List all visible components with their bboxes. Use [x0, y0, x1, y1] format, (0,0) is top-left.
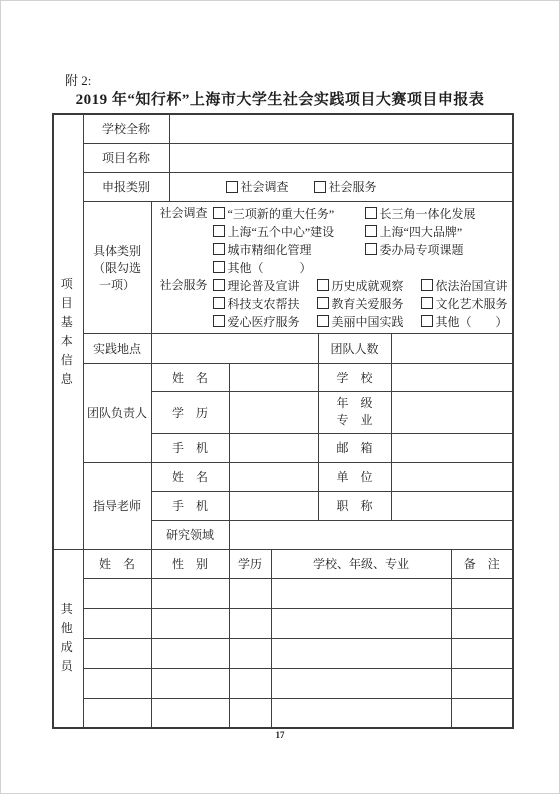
survey-option: 上海“四大品牌”: [365, 223, 463, 240]
service-option: 爱心医疗服务: [213, 313, 317, 330]
member-cell: [451, 578, 513, 608]
practice-location-cell: [151, 333, 318, 363]
member-cell: [151, 698, 229, 728]
checkbox-label: 理论普及宣讲: [228, 277, 300, 294]
checkbox-icon[interactable]: [317, 315, 329, 327]
leader-email-label: 邮 箱: [318, 433, 391, 462]
section-other-members-label: 其他 成员: [53, 549, 83, 728]
survey-option: “三项新的重大任务”: [213, 205, 365, 222]
member-cell: [451, 668, 513, 698]
service-option: 其他（ ）: [421, 313, 508, 330]
survey-option: 委办局专项课题: [365, 241, 464, 258]
member-cell: [151, 578, 229, 608]
page-title: 2019 年“知行杯”上海市大学生社会实践项目大赛项目申报表: [0, 88, 560, 109]
checkbox-label: 其他（ ）: [228, 259, 312, 276]
checkbox-icon[interactable]: [213, 297, 225, 309]
leader-name-label: 姓 名: [151, 363, 229, 391]
survey-options-group: 社会调查 “三项新的重大任务” 长三角一体化发展 上海“五个中心”建设 上海“四…: [152, 204, 513, 276]
service-options-group: 社会服务 理论普及宣讲 历史成就观察 依法治国宣讲 科技支农帮扶 教育关爱服务 …: [152, 276, 513, 330]
checkbox-label: 依法治国宣讲: [436, 277, 508, 294]
advisor-title-label: 职 称: [318, 491, 391, 520]
apply-option-survey: 社会调查: [226, 178, 289, 195]
advisor-unit-label: 单 位: [318, 462, 391, 491]
checkbox-icon[interactable]: [213, 261, 225, 273]
service-option: 美丽中国实践: [317, 313, 421, 330]
member-cell: [151, 608, 229, 638]
survey-group-label: 社会调查: [152, 204, 213, 222]
member-cell: [229, 578, 271, 608]
member-cell: [229, 668, 271, 698]
leader-grade-major-label: 年 级 专 业: [318, 391, 391, 433]
table-row: 具体类别 （限勾选 一项） 社会调查 “三项新的重大任务” 长三角一体化发展 上…: [53, 201, 513, 333]
member-cell: [271, 608, 451, 638]
leader-degree-label: 学 历: [151, 391, 229, 433]
member-cell: [83, 668, 151, 698]
member-row: [53, 638, 513, 668]
checkbox-icon[interactable]: [365, 207, 377, 219]
leader-school-cell: [391, 363, 513, 391]
member-cell: [451, 698, 513, 728]
service-option: 历史成就观察: [317, 277, 421, 294]
specific-category-cell: 社会调查 “三项新的重大任务” 长三角一体化发展 上海“五个中心”建设 上海“四…: [151, 201, 513, 333]
table-row: 项目 基本 信息 学校全称: [53, 114, 513, 143]
research-field-label: 研究领域: [151, 520, 229, 549]
checkbox-label: 上海“四大品牌”: [380, 223, 463, 240]
service-option: 教育关爱服务: [317, 295, 421, 312]
apply-type-cell: 社会调查 社会服务: [169, 172, 513, 201]
advisor-name-cell: [229, 462, 318, 491]
apply-type-label: 申报类别: [83, 172, 169, 201]
member-cell: [83, 578, 151, 608]
member-cell: [271, 578, 451, 608]
leader-grade-major-cell: [391, 391, 513, 433]
checkbox-label: 社会调查: [241, 178, 289, 195]
member-header-name: 姓 名: [83, 549, 151, 578]
checkbox-icon[interactable]: [213, 279, 225, 291]
checkbox-label: 社会服务: [329, 178, 377, 195]
leader-phone-cell: [229, 433, 318, 462]
checkbox-label: 科技支农帮扶: [228, 295, 300, 312]
section-basic-info-label: 项目 基本 信息: [53, 114, 83, 549]
advisor-name-label: 姓 名: [151, 462, 229, 491]
service-option: 文化艺术服务: [421, 295, 508, 312]
advisor-label: 指导老师: [83, 462, 151, 549]
member-cell: [83, 608, 151, 638]
survey-option: 长三角一体化发展: [365, 205, 476, 222]
member-cell: [271, 698, 451, 728]
member-row: [53, 608, 513, 638]
practice-location-label: 实践地点: [83, 333, 151, 363]
leader-phone-label: 手 机: [151, 433, 229, 462]
checkbox-label: 委办局专项课题: [380, 241, 464, 258]
page-number: 17: [0, 730, 560, 740]
checkbox-icon[interactable]: [421, 315, 433, 327]
survey-option: 城市精细化管理: [213, 241, 365, 258]
member-header-note: 备 注: [451, 549, 513, 578]
checkbox-label: 城市精细化管理: [228, 241, 312, 258]
table-row: 申报类别 社会调查 社会服务: [53, 172, 513, 201]
project-name-label: 项目名称: [83, 143, 169, 172]
advisor-unit-cell: [391, 462, 513, 491]
leader-school-label: 学 校: [318, 363, 391, 391]
member-row: [53, 668, 513, 698]
checkbox-icon[interactable]: [317, 279, 329, 291]
specific-category-label: 具体类别 （限勾选 一项）: [83, 201, 151, 333]
application-form-table: 项目 基本 信息 学校全称 项目名称 申报类别 社会调查 社会服务 具体类别 （…: [52, 113, 514, 729]
checkbox-label: 历史成就观察: [332, 277, 404, 294]
advisor-title-cell: [391, 491, 513, 520]
checkbox-label: 教育关爱服务: [332, 295, 404, 312]
member-cell: [151, 668, 229, 698]
leader-email-cell: [391, 433, 513, 462]
member-cell: [451, 638, 513, 668]
attachment-label: 附 2:: [65, 70, 91, 89]
checkbox-icon[interactable]: [317, 297, 329, 309]
table-row: 其他 成员 姓 名 性 别 学历 学校、年级、专业 备 注: [53, 549, 513, 578]
member-cell: [151, 638, 229, 668]
apply-option-service: 社会服务: [314, 178, 377, 195]
checkbox-label: 长三角一体化发展: [380, 205, 476, 222]
table-row: 实践地点 团队人数: [53, 333, 513, 363]
survey-option: 上海“五个中心”建设: [213, 223, 365, 240]
member-header-gender: 性 别: [151, 549, 229, 578]
table-row: 项目名称: [53, 143, 513, 172]
member-row: [53, 578, 513, 608]
checkbox-label: 其他（ ）: [436, 313, 508, 330]
member-header-school-grade-major: 学校、年级、专业: [271, 549, 451, 578]
member-cell: [229, 698, 271, 728]
member-cell: [229, 638, 271, 668]
survey-option: 其他（ ）: [213, 259, 312, 276]
member-cell: [271, 668, 451, 698]
member-row: [53, 698, 513, 728]
service-option: 理论普及宣讲: [213, 277, 317, 294]
team-size-label: 团队人数: [318, 333, 391, 363]
service-option: 依法治国宣讲: [421, 277, 508, 294]
table-row: 指导老师 姓 名 单 位: [53, 462, 513, 491]
leader-name-cell: [229, 363, 318, 391]
member-cell: [229, 608, 271, 638]
school-name-cell: [169, 114, 513, 143]
service-group-label: 社会服务: [152, 276, 213, 294]
checkbox-icon[interactable]: [213, 243, 225, 255]
team-leader-label: 团队负责人: [83, 363, 151, 462]
checkbox-icon[interactable]: [365, 243, 377, 255]
checkbox-icon[interactable]: [421, 279, 433, 291]
leader-degree-cell: [229, 391, 318, 433]
checkbox-label: “三项新的重大任务”: [228, 205, 335, 222]
advisor-phone-label: 手 机: [151, 491, 229, 520]
member-cell: [83, 638, 151, 668]
checkbox-icon[interactable]: [365, 225, 377, 237]
research-field-cell: [229, 520, 513, 549]
member-cell: [271, 638, 451, 668]
checkbox-label: 上海“五个中心”建设: [228, 223, 335, 240]
checkbox-icon[interactable]: [213, 225, 225, 237]
checkbox-icon[interactable]: [421, 297, 433, 309]
service-option: 科技支农帮扶: [213, 295, 317, 312]
member-cell: [451, 608, 513, 638]
school-name-label: 学校全称: [83, 114, 169, 143]
member-header-degree: 学历: [229, 549, 271, 578]
team-size-cell: [391, 333, 513, 363]
checkbox-icon[interactable]: [213, 315, 225, 327]
member-cell: [83, 698, 151, 728]
table-row: 团队负责人 姓 名 学 校: [53, 363, 513, 391]
checkbox-label: 文化艺术服务: [436, 295, 508, 312]
checkbox-label: 美丽中国实践: [332, 313, 404, 330]
project-name-cell: [169, 143, 513, 172]
checkbox-icon[interactable]: [226, 181, 238, 193]
advisor-phone-cell: [229, 491, 318, 520]
checkbox-icon[interactable]: [314, 181, 326, 193]
checkbox-icon[interactable]: [213, 207, 225, 219]
checkbox-label: 爱心医疗服务: [228, 313, 300, 330]
